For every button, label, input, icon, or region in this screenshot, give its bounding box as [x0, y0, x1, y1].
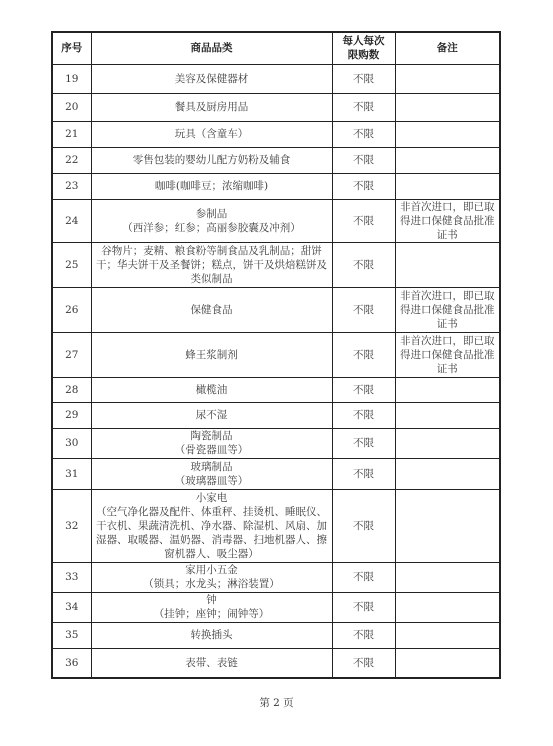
table-body: 19美容及保健器材不限20餐具及厨房用品不限21玩具（含童车）不限22零售包装的…	[52, 64, 500, 678]
row-index: 28	[52, 377, 91, 402]
row-remark: 非首次进口，即已取得进口保健食品批准证书	[395, 199, 500, 242]
row-limit: 不限	[332, 377, 395, 402]
row-index: 22	[52, 147, 91, 173]
row-category: 谷物片；麦精、粮食粉等制食品及乳制品；甜饼干；华夫饼干及圣餐饼；糕点，饼干及烘焙…	[91, 242, 332, 287]
table-row: 35转换插头不限	[52, 622, 500, 648]
row-limit: 不限	[332, 93, 395, 121]
row-index: 27	[52, 332, 91, 377]
table-row: 34钟（挂钟；座钟；闹钟等）不限	[52, 592, 500, 622]
row-limit: 不限	[332, 121, 395, 147]
category-name: 陶瓷制品	[94, 429, 330, 443]
row-category: 咖啡(咖啡豆；浓缩咖啡)	[91, 173, 332, 199]
row-category: 参制品（西洋参；红参；高丽参胶囊及冲剂）	[91, 199, 332, 242]
category-name: 咖啡(咖啡豆；浓缩咖啡)	[94, 179, 330, 193]
table-row: 23咖啡(咖啡豆；浓缩咖啡)不限	[52, 173, 500, 199]
row-remark	[395, 562, 500, 592]
category-detail: （空气净化器及配件、体重秤、挂烫机、睡眠仪、干衣机、果蔬清洗机、净水器、除湿机、…	[94, 505, 330, 561]
table-row: 30陶瓷制品（骨瓷器皿等）不限	[52, 428, 500, 458]
row-category: 家用小五金（锁具；水龙头；淋浴装置）	[91, 562, 332, 592]
table-row: 28橄榄油不限	[52, 377, 500, 402]
row-remark	[395, 121, 500, 147]
table-row: 29尿不湿不限	[52, 402, 500, 428]
category-detail: （骨瓷器皿等）	[94, 443, 330, 457]
page-number: 第 2 页	[0, 695, 553, 710]
table-row: 19美容及保健器材不限	[52, 64, 500, 93]
table-row: 21玩具（含童车）不限	[52, 121, 500, 147]
table-row: 24参制品（西洋参；红参；高丽参胶囊及冲剂）不限非首次进口，即已取得进口保健食品…	[52, 199, 500, 242]
category-name: 蜂王浆制剂	[94, 348, 330, 362]
row-category: 小家电（空气净化器及配件、体重秤、挂烫机、睡眠仪、干衣机、果蔬清洗机、净水器、除…	[91, 489, 332, 562]
row-category: 玻璃制品（玻璃器皿等）	[91, 458, 332, 489]
row-remark	[395, 458, 500, 489]
row-limit: 不限	[332, 402, 395, 428]
row-index: 20	[52, 93, 91, 121]
row-category: 零售包装的婴幼儿配方奶粉及辅食	[91, 147, 332, 173]
row-remark: 非首次进口，即已取得进口保健食品批准证书	[395, 287, 500, 332]
row-category: 美容及保健器材	[91, 64, 332, 93]
table-row: 33家用小五金（锁具；水龙头；淋浴装置）不限	[52, 562, 500, 592]
row-limit: 不限	[332, 562, 395, 592]
row-limit: 不限	[332, 287, 395, 332]
row-remark	[395, 592, 500, 622]
row-limit: 不限	[332, 622, 395, 648]
table-row: 22零售包装的婴幼儿配方奶粉及辅食不限	[52, 147, 500, 173]
row-index: 29	[52, 402, 91, 428]
category-detail: （锁具；水龙头；淋浴装置）	[94, 577, 330, 591]
category-detail: （西洋参；红参；高丽参胶囊及冲剂）	[94, 221, 330, 235]
row-limit: 不限	[332, 489, 395, 562]
row-remark	[395, 428, 500, 458]
row-remark: 非首次进口，即已取得进口保健食品批准证书	[395, 332, 500, 377]
category-name: 玩具（含童车）	[94, 127, 330, 141]
row-limit: 不限	[332, 592, 395, 622]
category-name: 餐具及厨房用品	[94, 100, 330, 114]
row-category: 陶瓷制品（骨瓷器皿等）	[91, 428, 332, 458]
row-index: 23	[52, 173, 91, 199]
category-detail: （挂钟；座钟；闹钟等）	[94, 607, 330, 621]
row-index: 31	[52, 458, 91, 489]
row-index: 30	[52, 428, 91, 458]
row-index: 25	[52, 242, 91, 287]
category-name: 玻璃制品	[94, 460, 330, 474]
row-category: 蜂王浆制剂	[91, 332, 332, 377]
row-remark	[395, 377, 500, 402]
row-category: 玩具（含童车）	[91, 121, 332, 147]
row-limit: 不限	[332, 242, 395, 287]
row-category: 保健食品	[91, 287, 332, 332]
category-name: 小家电	[94, 491, 330, 505]
table-row: 20餐具及厨房用品不限	[52, 93, 500, 121]
row-remark	[395, 402, 500, 428]
row-remark	[395, 147, 500, 173]
category-name: 转换插头	[94, 628, 330, 642]
row-limit: 不限	[332, 64, 395, 93]
row-remark	[395, 173, 500, 199]
import-limit-table: 序号 商品品类 每人每次限购数 备注 19美容及保健器材不限20餐具及厨房用品不…	[51, 31, 501, 679]
category-name: 表带、表链	[94, 656, 330, 670]
category-name: 参制品	[94, 207, 330, 221]
header-remark: 备注	[395, 32, 500, 64]
row-index: 33	[52, 562, 91, 592]
header-category: 商品品类	[91, 32, 332, 64]
row-limit: 不限	[332, 458, 395, 489]
header-limit: 每人每次限购数	[332, 32, 395, 64]
row-index: 24	[52, 199, 91, 242]
category-name: 谷物片；麦精、粮食粉等制食品及乳制品；甜饼干；华夫饼干及圣餐饼；糕点，饼干及烘焙…	[94, 244, 330, 286]
row-category: 尿不湿	[91, 402, 332, 428]
table-row: 26保健食品不限非首次进口，即已取得进口保健食品批准证书	[52, 287, 500, 332]
category-name: 零售包装的婴幼儿配方奶粉及辅食	[94, 153, 330, 167]
row-index: 34	[52, 592, 91, 622]
table-row: 32小家电（空气净化器及配件、体重秤、挂烫机、睡眠仪、干衣机、果蔬清洗机、净水器…	[52, 489, 500, 562]
row-index: 21	[52, 121, 91, 147]
category-name: 橄榄油	[94, 383, 330, 397]
category-name: 保健食品	[94, 303, 330, 317]
row-category: 表带、表链	[91, 648, 332, 678]
row-remark	[395, 622, 500, 648]
row-remark	[395, 64, 500, 93]
row-index: 26	[52, 287, 91, 332]
row-limit: 不限	[332, 147, 395, 173]
category-name: 美容及保健器材	[94, 72, 330, 86]
row-remark	[395, 242, 500, 287]
category-detail: （玻璃器皿等）	[94, 474, 330, 488]
row-index: 19	[52, 64, 91, 93]
row-category: 橄榄油	[91, 377, 332, 402]
table-row: 25谷物片；麦精、粮食粉等制食品及乳制品；甜饼干；华夫饼干及圣餐饼；糕点，饼干及…	[52, 242, 500, 287]
row-index: 36	[52, 648, 91, 678]
category-name: 钟	[94, 593, 330, 607]
row-limit: 不限	[332, 332, 395, 377]
header-index: 序号	[52, 32, 91, 64]
table-row: 31玻璃制品（玻璃器皿等）不限	[52, 458, 500, 489]
row-limit: 不限	[332, 428, 395, 458]
category-name: 家用小五金	[94, 563, 330, 577]
row-limit: 不限	[332, 199, 395, 242]
row-category: 钟（挂钟；座钟；闹钟等）	[91, 592, 332, 622]
row-remark	[395, 648, 500, 678]
table-row: 36表带、表链不限	[52, 648, 500, 678]
row-remark	[395, 93, 500, 121]
row-limit: 不限	[332, 648, 395, 678]
row-index: 32	[52, 489, 91, 562]
row-category: 餐具及厨房用品	[91, 93, 332, 121]
table-row: 27蜂王浆制剂不限非首次进口，即已取得进口保健食品批准证书	[52, 332, 500, 377]
row-limit: 不限	[332, 173, 395, 199]
table-header-row: 序号 商品品类 每人每次限购数 备注	[52, 32, 500, 64]
row-index: 35	[52, 622, 91, 648]
category-name: 尿不湿	[94, 408, 330, 422]
row-category: 转换插头	[91, 622, 332, 648]
row-remark	[395, 489, 500, 562]
